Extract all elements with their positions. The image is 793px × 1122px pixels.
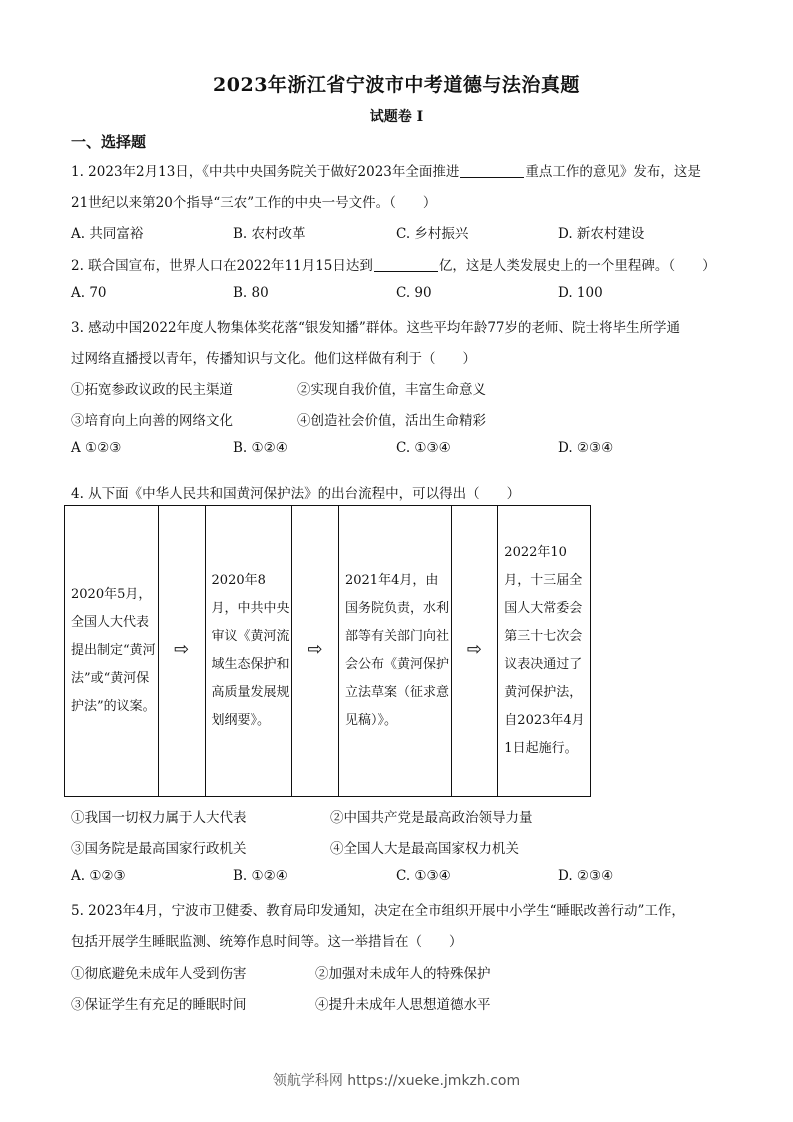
- question-3-option-d: D. ②③④: [558, 440, 613, 456]
- question-5-stem-line-2: 包括开展学生睡眠监测、统筹作息时间等。这一举措旨在（ ）: [71, 930, 463, 950]
- answer-blank: [460, 163, 524, 178]
- page-title: 2023年浙江省宁波市中考道德与法治真题: [0, 70, 793, 97]
- question-4-statement-1: ①我国一切权力属于人大代表: [71, 806, 247, 826]
- question-5-statement-2: ②加强对未成年人的特殊保护: [315, 962, 491, 982]
- question-5-statement-4: ④提升未成年人思想道德水平: [315, 993, 491, 1013]
- right-arrow-icon: ⇨: [174, 639, 189, 660]
- right-arrow-icon: ⇨: [467, 639, 482, 660]
- question-1-option-d: D. 新农村建设: [558, 222, 644, 242]
- question-2-option-a: A. 70: [71, 285, 107, 301]
- question-1-stem-line-2: 21世纪以来第20个指导“三农”工作的中央一号文件。（ ）: [71, 191, 436, 211]
- question-2-option-b: B. 80: [233, 285, 269, 301]
- question-3-stem-line-1: 3. 感动中国2022年度人物集体奖花落“银发知播”群体。这些平均年龄77岁的老…: [71, 316, 680, 336]
- question-3-option-c: C. ①③④: [396, 440, 451, 456]
- question-1-option-c: C. 乡村振兴: [396, 222, 468, 242]
- question-3-statement-2: ②实现自我价值，丰富生命意义: [297, 378, 486, 398]
- flow-step-3: 2021年4月，由国务院负责，水利部等有关部门向社会公布《黄河保护立法草案（征求…: [338, 506, 451, 797]
- legislation-flow-table: 2020年5月，全国人大代表提出制定“黄河法”或“黄河保护法”的议案。 ⇨ 20…: [64, 505, 591, 797]
- question-4-statement-4: ④全国人大是最高国家权力机关: [330, 837, 519, 857]
- question-2-stem: 2. 联合国宣布，世界人口在2022年11月15日达到亿，这是人类发展史上的一个…: [71, 254, 716, 274]
- question-4-option-b: B. ①②④: [233, 868, 288, 884]
- question-4-statement-3: ③国务院是最高国家行政机关: [71, 837, 247, 857]
- question-5-stem-line-1: 5. 2023年4月，宁波市卫健委、教育局印发通知，决定在全市组织开展中小学生“…: [71, 899, 685, 919]
- question-4-stem: 4. 从下面《中华人民共和国黄河保护法》的出台流程中，可以得出（ ）: [71, 482, 520, 502]
- right-arrow-icon: ⇨: [308, 639, 323, 660]
- question-4-option-c: C. ①③④: [396, 868, 451, 884]
- question-3-option-b: B. ①②④: [233, 440, 288, 456]
- question-3-stem-line-2: 过网络直播授以青年，传播知识与文化。他们这样做有利于（ ）: [71, 347, 476, 367]
- flow-step-4: 2022年10月，十三届全国人大常委会第三十七次会议表决通过了黄河保护法，自20…: [498, 506, 591, 797]
- section-heading: 一、选择题: [71, 131, 146, 152]
- stem-text: 亿，这是人类发展史上的一个里程碑。（ ）: [439, 258, 716, 274]
- question-4-option-d: D. ②③④: [558, 868, 613, 884]
- question-3-option-a: A ①②③: [71, 440, 121, 456]
- watermark-footer: 领航学科网 https://xueke.jmkzh.com: [0, 1070, 793, 1090]
- question-2-option-d: D. 100: [558, 285, 603, 301]
- question-1-stem-line-1: 1. 2023年2月13日，《中共中央国务院关于做好2023年全面推进重点工作的…: [71, 160, 701, 180]
- question-4-option-a: A. ①②③: [71, 868, 126, 884]
- answer-blank: [374, 257, 438, 272]
- stem-text: 重点工作的意见》发布，这是: [525, 164, 701, 180]
- question-2-option-c: C. 90: [396, 285, 432, 301]
- question-5-statement-3: ③保证学生有充足的睡眠时间: [71, 993, 247, 1013]
- question-4-statement-2: ②中国共产党是最高政治领导力量: [330, 806, 533, 826]
- question-3-statement-3: ③培育向上向善的网络文化: [71, 409, 233, 429]
- question-5-statement-1: ①彻底避免未成年人受到伤害: [71, 962, 247, 982]
- flow-step-1: 2020年5月，全国人大代表提出制定“黄河法”或“黄河保护法”的议案。: [65, 506, 159, 797]
- question-3-statement-4: ④创造社会价值，活出生命精彩: [297, 409, 486, 429]
- question-1-option-b: B. 农村改革: [233, 222, 306, 242]
- question-3-statement-1: ①拓宽参政议政的民主渠道: [71, 378, 233, 398]
- flow-step-2: 2020年8月，中共中央审议《黄河流域生态保护和高质量发展规划纲要》。: [205, 506, 292, 797]
- paper-subtitle: 试题卷 I: [0, 106, 793, 126]
- stem-text: 1. 2023年2月13日，《中共中央国务院关于做好2023年全面推进: [71, 164, 459, 180]
- question-1-option-a: A. 共同富裕: [71, 222, 143, 242]
- stem-text: 2. 联合国宣布，世界人口在2022年11月15日达到: [71, 258, 373, 274]
